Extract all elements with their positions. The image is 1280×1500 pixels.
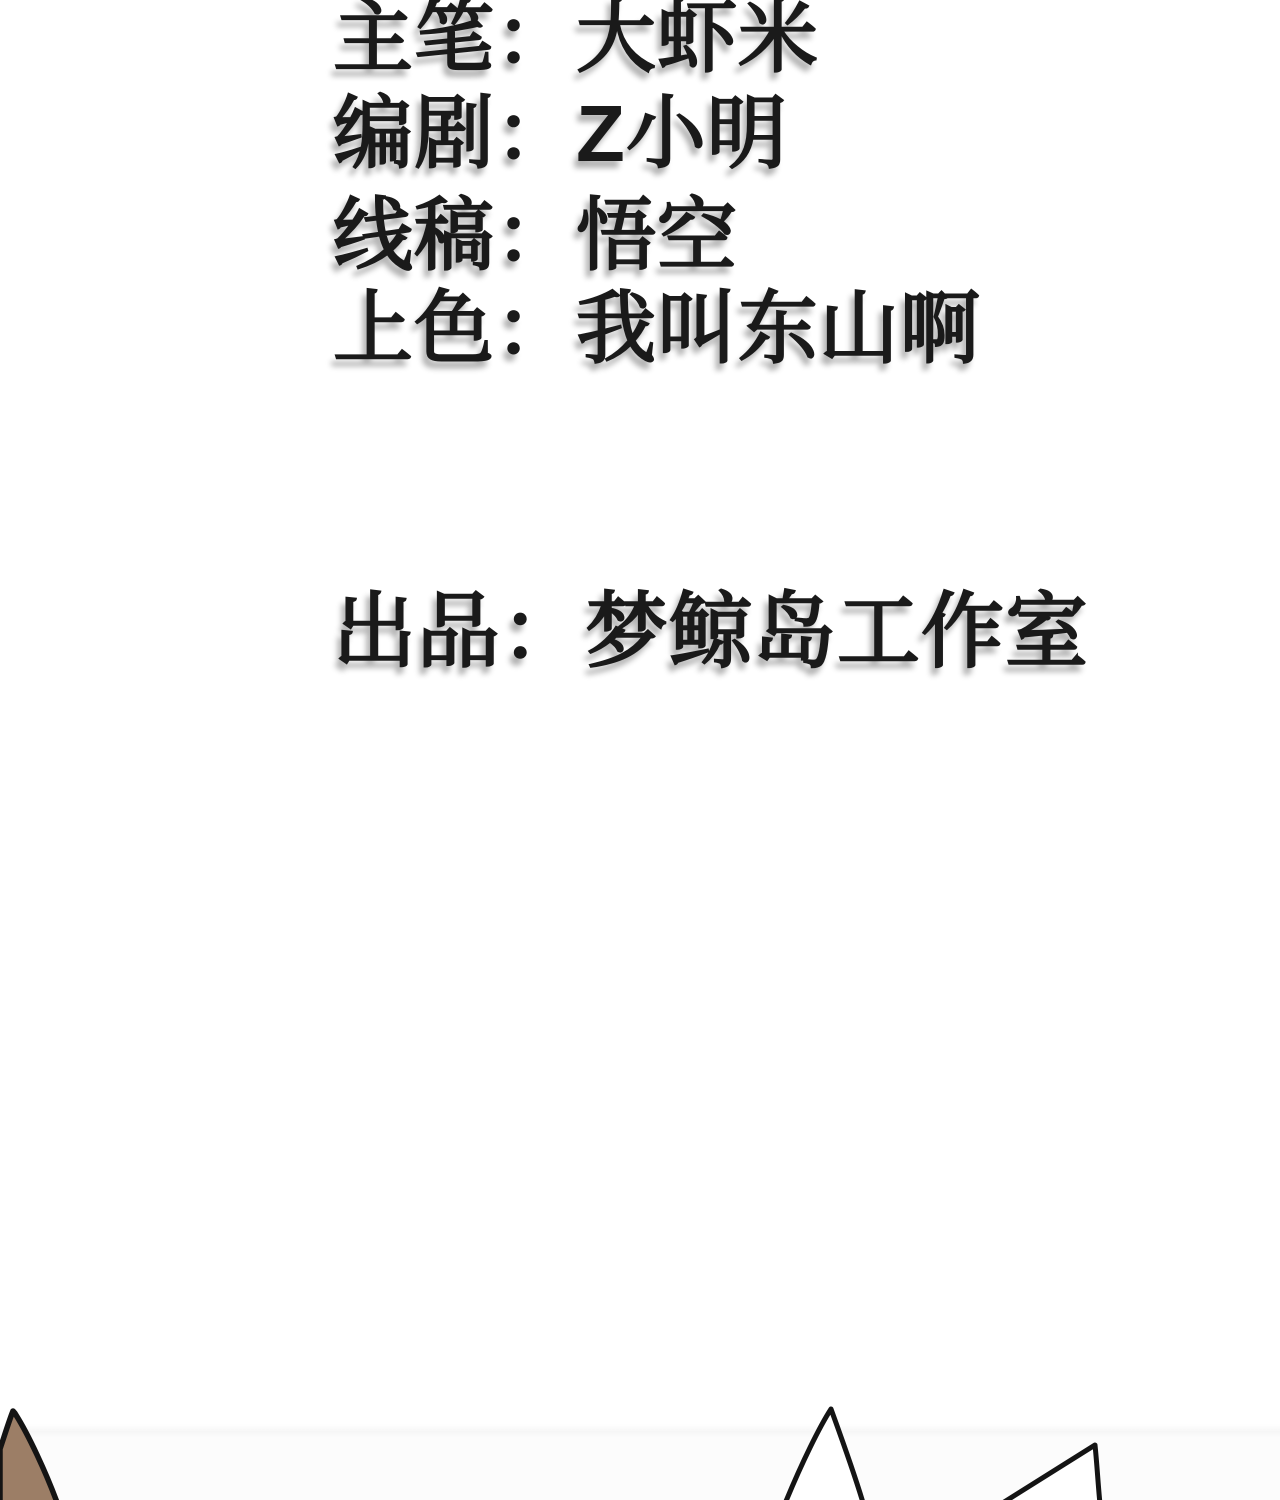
credit-line-coloring: 上色：我叫东山啊 bbox=[333, 289, 981, 369]
credit-line-lineart: 线稿：悟空 bbox=[333, 196, 738, 276]
hair-spike-right-artwork bbox=[995, 1438, 1110, 1500]
hair-tip-shape bbox=[0, 1411, 58, 1500]
hair-spike-left-shape bbox=[784, 1409, 864, 1500]
background-artifact-band bbox=[0, 1424, 1280, 1438]
hair-tip-artwork bbox=[0, 1405, 70, 1500]
comic-credits-page: 主笔：大虾米 编剧：Z小明 线稿：悟空 上色：我叫东山啊 出品：梦鲸岛工作室 bbox=[0, 0, 1280, 1500]
credit-line-screenwriter: 编剧：Z小明 bbox=[333, 94, 788, 174]
hair-spike-left-artwork bbox=[770, 1400, 870, 1500]
credit-line-lead-artist: 主笔：大虾米 bbox=[333, 0, 819, 78]
credit-line-producer: 出品：梦鲸岛工作室 bbox=[333, 590, 1089, 673]
hair-spike-right-shape bbox=[1001, 1445, 1100, 1500]
